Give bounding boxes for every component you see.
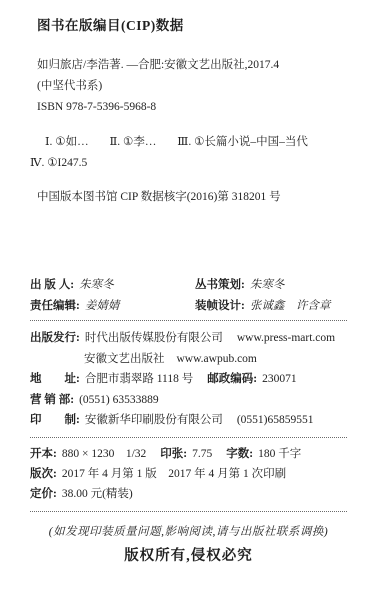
classification-line-2: Ⅳ. ①I247.5 [30,153,347,174]
cip-header: 图书在版编目(CIP)数据 [37,0,347,34]
dotted-divider-1 [30,320,347,321]
marketing-label: 营 销 部: [30,394,74,406]
cip-book-info: 如归旅店/李浩著. —合肥:安徽文艺出版社,2017.4 (中坚代书系) ISB… [37,55,347,118]
book-title-line: 如归旅店/李浩著. —合肥:安徽文艺出版社,2017.4 [37,55,347,76]
dotted-divider-3 [30,511,347,512]
cip-record-number: 中国版本图书馆 CIP 数据核字(2016)第 318201 号 [37,187,347,208]
issuer-row: 出版发行:时代出版传媒股份有限公司www.press-mart.com [30,328,347,349]
editor-name: 姜婧婧 [85,300,120,312]
sheets-label: 印张: [160,448,187,460]
editor-label: 责任编辑: [30,300,80,312]
press-name: 安徽文艺出版社 [84,353,165,365]
marketing-phone: (0551) 63533889 [79,394,159,406]
address-value: 合肥市翡翠路 1118 号 [85,373,193,385]
copyright-statement: 版权所有,侵权必究 [30,544,347,565]
book-isbn-line: ISBN 978-7-5396-5968-8 [37,97,347,118]
price-row: 定价:38.00 元(精装) [30,484,347,504]
address-row: 地 址:合肥市翡翠路 1118 号邮政编码:230071 [30,369,347,390]
printer-name: 安徽新华印刷股份有限公司 [85,414,223,426]
staff-row-2: 责任编辑:姜婧婧 装帧设计:张诚鑫 许含章 [30,296,347,317]
designer-label: 装帧设计: [195,300,245,312]
format-row: 开本:880 × 1230 1/32印张:7.75字数:180 千字 [30,444,347,464]
postcode-label: 邮政编码: [207,373,257,385]
publisher-name: 朱寒冬 [79,279,114,291]
marketing-row: 营 销 部:(0551) 63533889 [30,390,347,411]
sheets-value: 7.75 [192,448,212,460]
words-label: 字数: [226,448,253,460]
format-value: 880 × 1230 1/32 [62,448,146,460]
printer-phone: (0551)65859551 [237,414,314,426]
classification-item-2: Ⅱ. ①李… [109,136,156,148]
postcode-value: 230071 [262,373,297,385]
price-value: 38.00 元(精装) [62,488,133,500]
format-label: 开本: [30,448,57,460]
words-value: 180 千字 [258,448,301,460]
printer-row: 印 制:安徽新华印刷股份有限公司(0551)65859551 [30,410,347,431]
quality-notice: (如发现印装质量问题,影响阅读,请与出版社联系调换) [30,522,347,542]
dotted-divider-2 [30,437,347,438]
press-row: 安徽文艺出版社www.awpub.com [30,349,347,370]
book-copyright-page: 图书在版编目(CIP)数据 如归旅店/李浩著. —合肥:安徽文艺出版社,2017… [0,0,375,594]
classification-item-1: Ⅰ. ①如… [45,136,89,148]
edition-row: 版次:2017 年 4 月第 1 版 2017 年 4 月第 1 次印刷 [30,464,347,484]
editor-cell: 责任编辑:姜婧婧 [30,296,195,317]
publisher-cell: 出 版 人:朱寒冬 [30,275,195,296]
address-label: 地 址: [30,373,80,385]
designer-cell: 装帧设计:张诚鑫 许含章 [195,296,347,317]
staff-block: 出 版 人:朱寒冬 丛书策划:朱寒冬 责任编辑:姜婧婧 装帧设计:张诚鑫 许含章 [30,275,347,316]
designer-names: 张诚鑫 许含章 [250,300,331,312]
issuer-label: 出版发行: [30,332,80,344]
series-planner-name: 朱寒冬 [250,279,285,291]
classification-line-1: Ⅰ. ①如… Ⅱ. ①李… Ⅲ. ①长篇小说–中国–当代 [45,132,347,153]
issuer-url: www.press-mart.com [237,332,335,344]
publishing-block: 出版发行:时代出版传媒股份有限公司www.press-mart.com 安徽文艺… [30,328,347,431]
issuer-name: 时代出版传媒股份有限公司 [85,332,223,344]
publisher-label: 出 版 人: [30,279,74,291]
series-planner-label: 丛书策划: [195,279,245,291]
press-url: www.awpub.com [177,353,257,365]
cip-classification: Ⅰ. ①如… Ⅱ. ①李… Ⅲ. ①长篇小说–中国–当代 Ⅳ. ①I247.5 [30,132,347,174]
price-label: 定价: [30,488,57,500]
edition-value: 2017 年 4 月第 1 版 2017 年 4 月第 1 次印刷 [62,468,286,480]
print-specs-block: 开本:880 × 1230 1/32印张:7.75字数:180 千字 版次:20… [30,444,347,505]
printer-label: 印 制: [30,414,80,426]
book-series-line: (中坚代书系) [37,76,347,97]
edition-label: 版次: [30,468,57,480]
series-planner-cell: 丛书策划:朱寒冬 [195,275,347,296]
staff-row-1: 出 版 人:朱寒冬 丛书策划:朱寒冬 [30,275,347,296]
classification-item-3: Ⅲ. ①长篇小说–中国–当代 [177,136,308,148]
